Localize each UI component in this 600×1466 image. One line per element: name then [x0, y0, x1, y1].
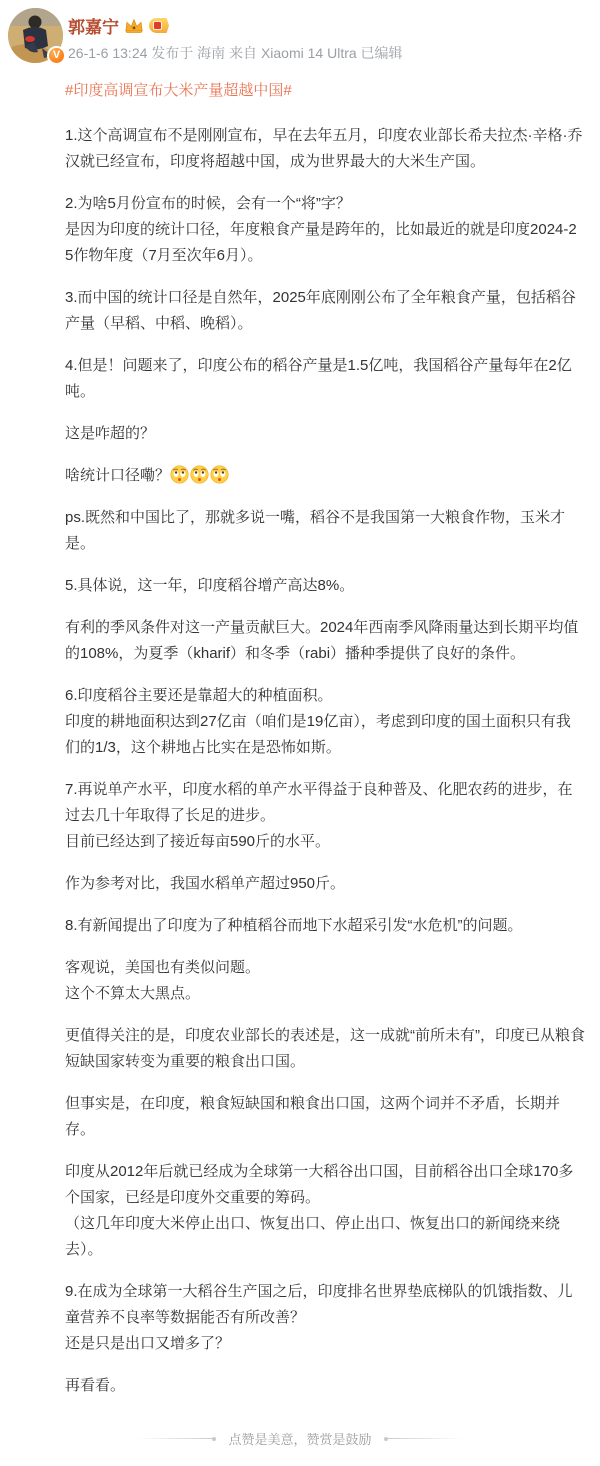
paragraph: 作为参考对比，我国水稻单产超过950斤。: [65, 871, 585, 897]
footer-divider-left: [137, 1438, 215, 1439]
verified-v-badge: V: [47, 46, 66, 65]
astonished-face-emoji: [170, 465, 189, 484]
footer-divider-right: [385, 1438, 463, 1439]
username[interactable]: 郭嘉宁: [68, 13, 119, 38]
paragraph: ps.既然和中国比了，那就多说一嘴，稻谷不是我国第一大粮食作物，玉米才是。: [65, 505, 585, 557]
paragraph: 3.而中国的统计口径是自然年，2025年底刚刚公布了全年粮食产量，包括稻谷产量（…: [65, 285, 585, 337]
astonished-face-emoji: [190, 465, 209, 484]
weibo-post: V 郭嘉宁 26-1-6 13:24 发布于 海南 来自 Xiaomi 14 U…: [0, 0, 600, 1466]
post-meta: 26-1-6 13:24 发布于 海南 来自 Xiaomi 14 Ultra 已…: [68, 43, 586, 63]
gold-member-badge-icon[interactable]: [149, 18, 169, 33]
paragraph: 1.这个高调宣布不是刚刚宣布，早在去年五月，印度农业部长希夫拉杰·辛格·乔汉就已…: [65, 123, 585, 175]
footer-slogan: 点赞是美意，赞赏是鼓励: [228, 1429, 371, 1448]
name-row: 郭嘉宁: [68, 8, 586, 38]
paragraph: 印度从2012年后就已经成为全球第一大稻谷出口国，目前稻谷出口全球170多个国家…: [65, 1159, 585, 1263]
paragraph: 客观说，美国也有类似问题。 这个不算太大黑点。: [65, 955, 585, 1007]
paragraph: 9.在成为全球第一大稻谷生产国之后，印度排名世界垫底梯队的饥饿指数、儿童营养不良…: [65, 1279, 585, 1357]
paragraph: 有利的季风条件对这一产量贡献巨大。2024年西南季风降雨量达到长期平均值的108…: [65, 615, 585, 667]
paragraph: 4.但是！问题来了，印度公布的稻谷产量是1.5亿吨，我国稻谷产量每年在2亿吨。: [65, 353, 585, 405]
paragraph: 但事实是，在印度，粮食短缺国和粮食出口国，这两个词并不矛盾，长期并存。: [65, 1091, 585, 1143]
hashtag-link[interactable]: #印度高调宣布大米产量超越中国#: [65, 80, 586, 102]
paragraph-with-emoji: 啥统计口径嘞？: [65, 463, 585, 489]
post-content: 1.这个高调宣布不是刚刚宣布，早在去年五月，印度农业部长希夫拉杰·辛格·乔汉就已…: [65, 123, 585, 1399]
post-footer: 点赞是美意，赞赏是鼓励: [0, 1429, 600, 1448]
paragraph: 更值得关注的是，印度农业部长的表述是，这一成就“前所未有”，印度已从粮食短缺国家…: [65, 1023, 585, 1075]
vip-crown-icon[interactable]: [124, 18, 144, 34]
avatar[interactable]: V: [8, 8, 63, 63]
paragraph: 6.印度稻谷主要还是靠超大的种植面积。 印度的耕地面积达到27亿亩（咱们是19亿…: [65, 683, 585, 761]
paragraph: 2.为啥5月份宣布的时候，会有一个“将”字？ 是因为印度的统计口径，年度粮食产量…: [65, 191, 585, 269]
paragraph: 再看看。: [65, 1373, 585, 1399]
paragraph: 7.再说单产水平，印度水稻的单产水平得益于良种普及、化肥农药的进步，在过去几十年…: [65, 777, 585, 855]
paragraph: 5.具体说，这一年，印度稻谷增产高达8%。: [65, 573, 585, 599]
astonished-face-emoji: [210, 465, 229, 484]
paragraph-text: 啥统计口径嘞？: [65, 467, 170, 484]
member-badge-emblem: [153, 21, 162, 30]
post-header: V 郭嘉宁 26-1-6 13:24 发布于 海南 来自 Xiaomi 14 U…: [0, 4, 600, 66]
paragraph: 这是咋超的？: [65, 421, 585, 447]
paragraph: 8.有新闻提出了印度为了种植稻谷而地下水超采引发“水危机”的问题。: [65, 913, 585, 939]
